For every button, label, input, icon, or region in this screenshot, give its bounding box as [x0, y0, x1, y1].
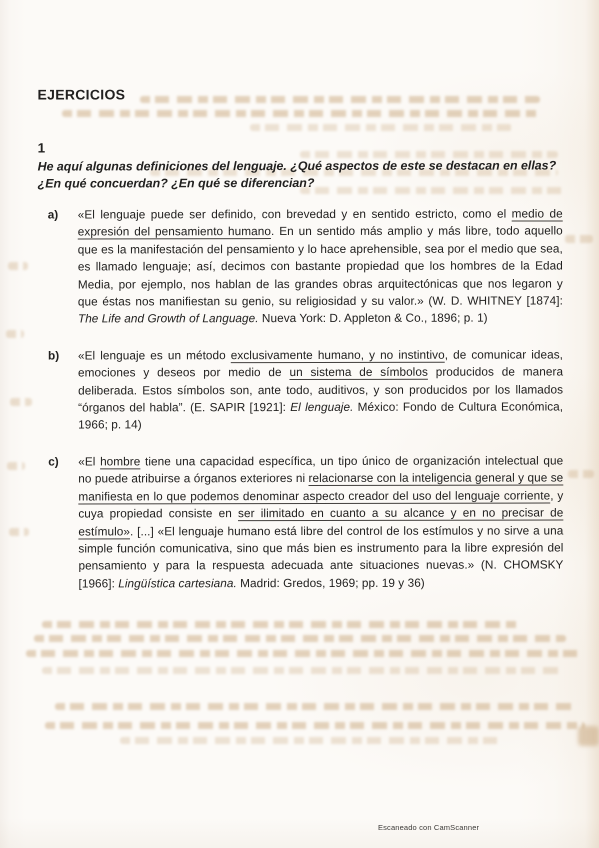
- bleedthrough-mark: [42, 667, 560, 674]
- bleedthrough-mark: [6, 330, 24, 338]
- quote-text: «El hombre tiene una capacidad específic…: [78, 452, 563, 592]
- scanner-watermark: Escaneado con CamScanner: [378, 823, 479, 832]
- underlined-phrase: hombre: [100, 454, 140, 468]
- underlined-phrase: exclusivamente humano, y no instintivo: [231, 348, 445, 362]
- exercise-number: 1: [38, 139, 563, 155]
- book-title: The Life and Growth of Language.: [78, 312, 259, 326]
- quotes-list: a)«El lenguaje puede ser definido, con b…: [38, 205, 564, 592]
- bleedthrough-mark: [10, 398, 32, 406]
- quote-label: a): [38, 206, 78, 328]
- bleedthrough-mark: [7, 462, 25, 470]
- bleedthrough-mark: [42, 621, 520, 628]
- quote-segment: «El: [78, 454, 100, 468]
- scanned-page: EJERCICIOS 1 He aquí algunas definicione…: [0, 0, 599, 848]
- quote-item: b)«El lenguaje es un método exclusivamen…: [38, 346, 563, 434]
- bleedthrough-mark: [9, 528, 29, 536]
- quote-item: a)«El lenguaje puede ser definido, con b…: [38, 205, 563, 328]
- quote-item: c)«El hombre tiene una capacidad específ…: [38, 452, 563, 592]
- page-edge-stain: [578, 726, 599, 746]
- quote-segment: «El lenguaje es un método: [78, 348, 231, 362]
- quote-text: «El lenguaje es un método exclusivamente…: [78, 346, 563, 434]
- book-title: El lenguaje.: [290, 400, 353, 414]
- bleedthrough-mark: [565, 235, 593, 243]
- page-content: EJERCICIOS 1 He aquí algunas definicione…: [37, 85, 563, 611]
- quote-label: c): [38, 453, 78, 592]
- bleedthrough-mark: [45, 722, 585, 729]
- bleedthrough-mark: [120, 737, 502, 744]
- quote-label: b): [38, 347, 78, 434]
- bleedthrough-mark: [34, 635, 566, 642]
- page-title: EJERCICIOS: [37, 85, 562, 102]
- quote-segment: Madrid: Gredos, 1969; pp. 19 y 36): [237, 575, 425, 589]
- quote-text: «El lenguaje puede ser definido, con bre…: [78, 205, 563, 328]
- bleedthrough-mark: [8, 262, 28, 270]
- underlined-phrase: un sistema de símbolos: [289, 365, 427, 379]
- quote-segment: «El lenguaje puede ser definido, con bre…: [78, 207, 512, 222]
- book-title: Lingüística cartesiana.: [118, 576, 237, 590]
- exercise-prompt: He aquí algunas definiciones del lenguaj…: [38, 157, 568, 191]
- bleedthrough-mark: [55, 703, 575, 710]
- bleedthrough-mark: [568, 470, 594, 478]
- quote-segment: Nueva York: D. Appleton & Co., 1896; p. …: [259, 311, 488, 325]
- bleedthrough-mark: [26, 650, 582, 657]
